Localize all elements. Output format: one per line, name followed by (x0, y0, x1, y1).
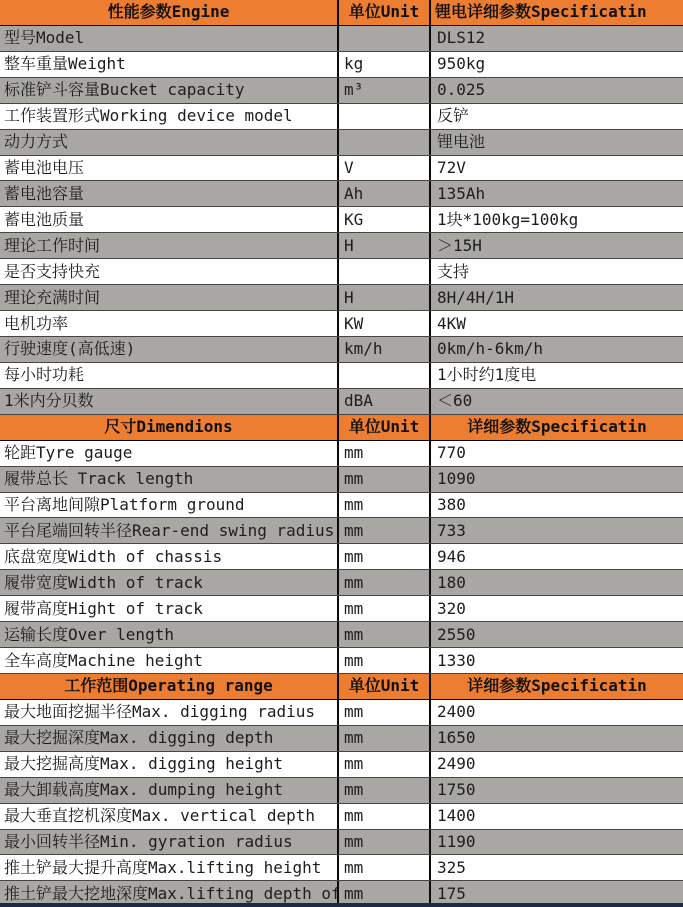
table-row: 平台尾端回转半径Rear-end swing radiusmm733 (0, 518, 683, 544)
section-title: 工作范围Operating range (0, 674, 339, 699)
value-cell: 锂电池 (431, 130, 683, 155)
unit-cell: mm (339, 544, 431, 569)
section-header-row: 尺寸Dimendions单位Unit详细参数Specificatin (0, 415, 683, 441)
value-cell: 4KW (431, 311, 683, 336)
param-cell: 每小时功耗 (0, 363, 339, 388)
unit-cell: Ah (339, 181, 431, 206)
value-header: 详细参数Specificatin (431, 415, 683, 440)
table-row: 运输长度Over lengthmm2550 (0, 622, 683, 648)
param-cell: 蓄电池容量 (0, 181, 339, 206)
value-cell: 733 (431, 518, 683, 543)
unit-header: 单位Unit (339, 674, 431, 699)
value-cell: ＞15H (431, 233, 683, 258)
unit-cell: mm (339, 596, 431, 621)
unit-cell: mm (339, 855, 431, 880)
value-cell: 135Ah (431, 181, 683, 206)
value-cell: 0.025 (431, 78, 683, 103)
table-row: 行驶速度(高低速)km/h0km/h-6km/h (0, 337, 683, 363)
value-cell: 1小时约1度电 (431, 363, 683, 388)
param-cell: 1米内分贝数 (0, 389, 339, 414)
param-cell: 最大卸载高度Max. dumping height (0, 778, 339, 803)
value-cell: 0km/h-6km/h (431, 337, 683, 362)
unit-cell (339, 26, 431, 51)
unit-cell: V (339, 156, 431, 181)
table-row: 履带高度Hight of trackmm320 (0, 596, 683, 622)
param-cell: 履带高度Hight of track (0, 596, 339, 621)
table-row: 推土铲最大提升高度Max.lifting heightmm325 (0, 855, 683, 881)
param-cell: 最大挖掘深度Max. digging depth (0, 726, 339, 751)
value-cell: 946 (431, 544, 683, 569)
value-cell: 2550 (431, 622, 683, 647)
table-row: 轮距Tyre gaugemm770 (0, 441, 683, 467)
value-header: 锂电详细参数Specificatin (431, 0, 683, 25)
table-row: 每小时功耗1小时约1度电 (0, 363, 683, 389)
table-row: 履带宽度Width of trackmm180 (0, 570, 683, 596)
table-row: 最大垂直挖机深度Max. vertical depthmm1400 (0, 804, 683, 830)
section-title: 性能参数Engine (0, 0, 339, 25)
section-header-row: 性能参数Engine单位Unit锂电详细参数Specificatin (0, 0, 683, 26)
unit-cell: KG (339, 207, 431, 232)
value-cell: 1400 (431, 804, 683, 829)
table-bottom-border (0, 903, 683, 907)
value-cell: 770 (431, 441, 683, 466)
table-row: 电机功率KW4KW (0, 311, 683, 337)
value-cell: 2490 (431, 752, 683, 777)
table-row: 是否支持快充支持 (0, 259, 683, 285)
unit-header: 单位Unit (339, 0, 431, 25)
unit-cell: mm (339, 622, 431, 647)
unit-cell: mm (339, 830, 431, 855)
value-cell: DLS12 (431, 26, 683, 51)
table-row: 整车重量Weightkg950kg (0, 52, 683, 78)
param-cell: 行驶速度(高低速) (0, 337, 339, 362)
table-row: 理论充满时间H8H/4H/1H (0, 285, 683, 311)
value-cell: 72V (431, 156, 683, 181)
param-cell: 整车重量Weight (0, 52, 339, 77)
value-cell: 1块*100kg=100kg (431, 207, 683, 232)
unit-cell: km/h (339, 337, 431, 362)
unit-cell: H (339, 285, 431, 310)
unit-cell: mm (339, 726, 431, 751)
spec-table: 性能参数Engine单位Unit锂电详细参数Specificatin型号Mode… (0, 0, 683, 907)
unit-cell: mm (339, 493, 431, 518)
param-cell: 轮距Tyre gauge (0, 441, 339, 466)
table-row: 最大挖掘高度Max. digging heightmm2490 (0, 752, 683, 778)
table-row: 最小回转半径Min. gyration radiusmm1190 (0, 830, 683, 856)
unit-header: 单位Unit (339, 415, 431, 440)
unit-cell: mm (339, 700, 431, 725)
table-row: 蓄电池电压V72V (0, 156, 683, 182)
value-cell: 1650 (431, 726, 683, 751)
param-cell: 履带总长 Track length (0, 467, 339, 492)
value-cell: 反铲 (431, 104, 683, 129)
unit-cell: kg (339, 52, 431, 77)
table-row: 平台离地间隙Platform groundmm380 (0, 493, 683, 519)
param-cell: 全车高度Machine height (0, 648, 339, 673)
table-row: 底盘宽度Width of chassismm946 (0, 544, 683, 570)
param-cell: 平台尾端回转半径Rear-end swing radius (0, 518, 339, 543)
unit-cell: mm (339, 570, 431, 595)
param-cell: 最大地面挖掘半径Max. digging radius (0, 700, 339, 725)
unit-cell: mm (339, 467, 431, 492)
table-row: 理论工作时间H＞15H (0, 233, 683, 259)
unit-cell (339, 363, 431, 388)
value-cell: 1330 (431, 648, 683, 673)
unit-cell: KW (339, 311, 431, 336)
param-cell: 推土铲最大提升高度Max.lifting height (0, 855, 339, 880)
param-cell: 最大挖掘高度Max. digging height (0, 752, 339, 777)
value-cell: 950kg (431, 52, 683, 77)
param-cell: 最大垂直挖机深度Max. vertical depth (0, 804, 339, 829)
table-row: 动力方式锂电池 (0, 130, 683, 156)
value-cell: 180 (431, 570, 683, 595)
param-cell: 是否支持快充 (0, 259, 339, 284)
value-cell: 325 (431, 855, 683, 880)
param-cell: 运输长度Over length (0, 622, 339, 647)
table-row: 履带总长 Track lengthmm1090 (0, 467, 683, 493)
table-row: 最大地面挖掘半径Max. digging radiusmm2400 (0, 700, 683, 726)
table-row: 1米内分贝数dBA＜60 (0, 389, 683, 415)
value-cell: 支持 (431, 259, 683, 284)
table-row: 工作装置形式Working device model反铲 (0, 104, 683, 130)
table-row: 蓄电池容量Ah135Ah (0, 181, 683, 207)
param-cell: 平台离地间隙Platform ground (0, 493, 339, 518)
value-cell: 320 (431, 596, 683, 621)
unit-cell: mm (339, 518, 431, 543)
param-cell: 动力方式 (0, 130, 339, 155)
param-cell: 标准铲斗容量Bucket capacity (0, 78, 339, 103)
unit-cell (339, 130, 431, 155)
param-cell: 型号Model (0, 26, 339, 51)
unit-cell: mm (339, 648, 431, 673)
param-cell: 最小回转半径Min. gyration radius (0, 830, 339, 855)
unit-cell: mm (339, 441, 431, 466)
param-cell: 蓄电池电压 (0, 156, 339, 181)
section-title: 尺寸Dimendions (0, 415, 339, 440)
value-cell: 1190 (431, 830, 683, 855)
param-cell: 蓄电池质量 (0, 207, 339, 232)
param-cell: 理论充满时间 (0, 285, 339, 310)
value-header: 详细参数Specificatin (431, 674, 683, 699)
unit-cell: mm (339, 778, 431, 803)
table-row: 标准铲斗容量Bucket capacitym³0.025 (0, 78, 683, 104)
section-header-row: 工作范围Operating range单位Unit详细参数Specificati… (0, 674, 683, 700)
unit-cell: mm (339, 752, 431, 777)
unit-cell (339, 104, 431, 129)
param-cell: 履带宽度Width of track (0, 570, 339, 595)
table-row: 蓄电池质量KG1块*100kg=100kg (0, 207, 683, 233)
param-cell: 电机功率 (0, 311, 339, 336)
value-cell: ＜60 (431, 389, 683, 414)
unit-cell: m³ (339, 78, 431, 103)
table-row: 最大卸载高度Max. dumping heightmm1750 (0, 778, 683, 804)
value-cell: 1090 (431, 467, 683, 492)
table-row: 全车高度Machine heightmm1330 (0, 648, 683, 674)
unit-cell (339, 259, 431, 284)
value-cell: 1750 (431, 778, 683, 803)
param-cell: 底盘宽度Width of chassis (0, 544, 339, 569)
param-cell: 理论工作时间 (0, 233, 339, 258)
value-cell: 8H/4H/1H (431, 285, 683, 310)
unit-cell: H (339, 233, 431, 258)
value-cell: 2400 (431, 700, 683, 725)
table-row: 型号ModelDLS12 (0, 26, 683, 52)
table-row: 最大挖掘深度Max. digging depthmm1650 (0, 726, 683, 752)
value-cell: 380 (431, 493, 683, 518)
param-cell: 工作装置形式Working device model (0, 104, 339, 129)
unit-cell: dBA (339, 389, 431, 414)
unit-cell: mm (339, 804, 431, 829)
